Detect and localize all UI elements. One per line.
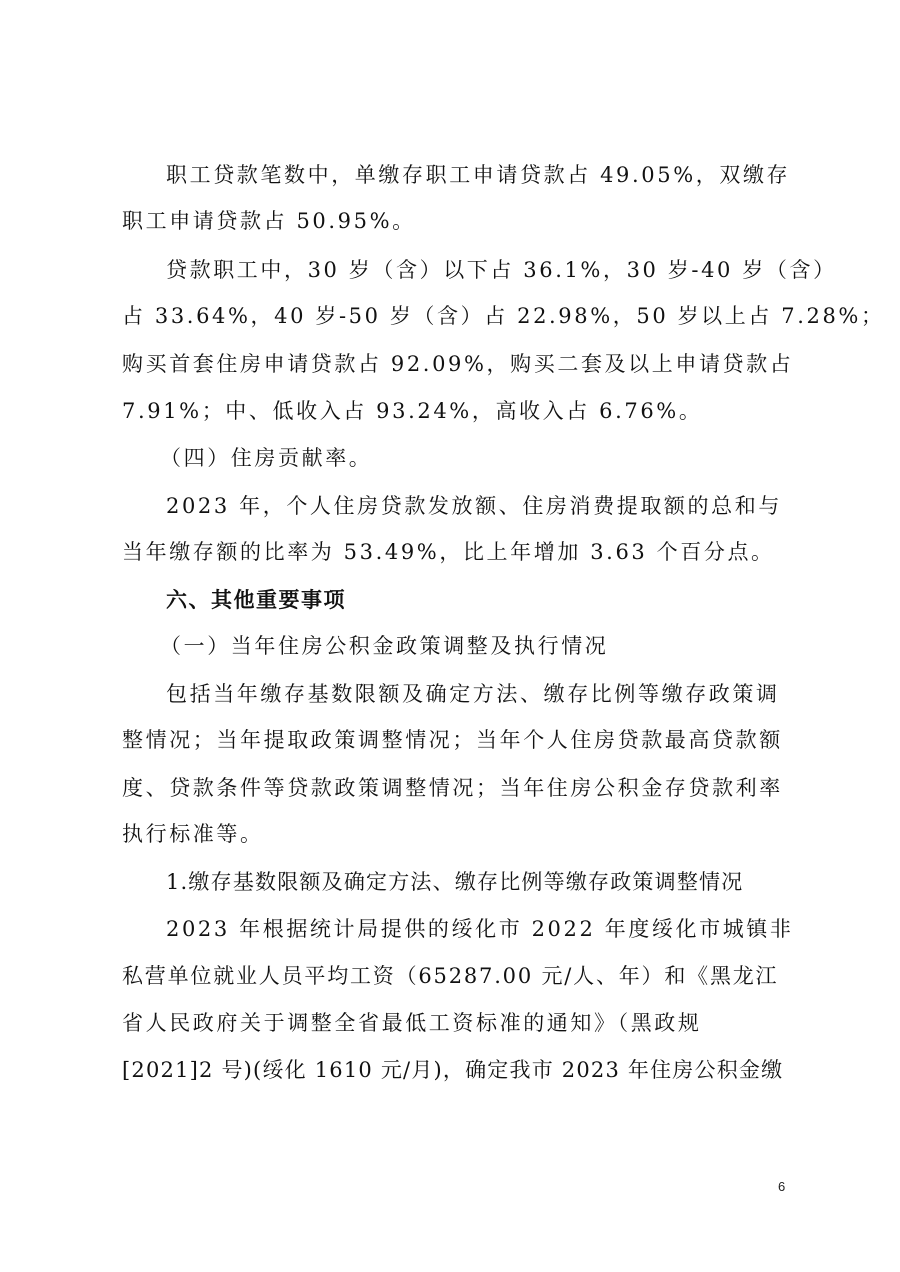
section-heading: 六、其他重要事项 [166,586,792,614]
paragraph-line: 省人民政府关于调整全省最低工资标准的通知》（黑政规 [122,1009,792,1037]
paragraph-line: 包括当年缴存基数限额及确定方法、缴存比例等缴存政策调 [166,680,792,708]
paragraph-line: 职工贷款笔数中，单缴存职工申请贷款占 49.05%，双缴存 [166,161,792,189]
paragraph-line: [2021]2 号)(绥化 1610 元/月)，确定我市 2023 年住房公积金… [122,1056,792,1084]
paragraph-line: 私营单位就业人员平均工资（65287.00 元/人、年）和《黑龙江 [122,962,792,990]
paragraph-line: 度、贷款条件等贷款政策调整情况；当年住房公积金存贷款利率 [122,774,792,802]
paragraph-line: 职工申请贷款占 50.95%。 [122,207,792,235]
paragraph-line: 贷款职工中，30 岁（含）以下占 36.1%，30 岁-40 岁（含） [166,256,792,284]
paragraph-line: 2023 年根据统计局提供的绥化市 2022 年度绥化市城镇非 [166,915,792,943]
paragraph-line: 购买首套住房申请贷款占 92.09%，购买二套及以上申请贷款占 [122,350,792,378]
subheading: （四）住房贡献率。 [160,444,830,472]
paragraph-line: 整情况；当年提取政策调整情况；当年个人住房贷款最高贷款额 [122,726,792,754]
document-page: 职工贷款笔数中，单缴存职工申请贷款占 49.05%，双缴存 职工申请贷款占 50… [0,0,900,1272]
paragraph-line: 执行标准等。 [122,820,792,848]
paragraph-line: 2023 年，个人住房贷款发放额、住房消费提取额的总和与 [166,492,792,520]
paragraph-line: 当年缴存额的比率为 53.49%，比上年增加 3.63 个百分点。 [122,538,792,566]
page-number: 6 [778,1179,785,1194]
subheading: （一）当年住房公积金政策调整及执行情况 [160,632,830,660]
paragraph-line: 7.91%；中、低收入占 93.24%，高收入占 6.76%。 [122,397,792,425]
item-heading: 1.缴存基数限额及确定方法、缴存比例等缴存政策调整情况 [166,868,792,896]
paragraph-line: 占 33.64%，40 岁-50 岁（含）占 22.98%，50 岁以上占 7.… [122,302,792,330]
